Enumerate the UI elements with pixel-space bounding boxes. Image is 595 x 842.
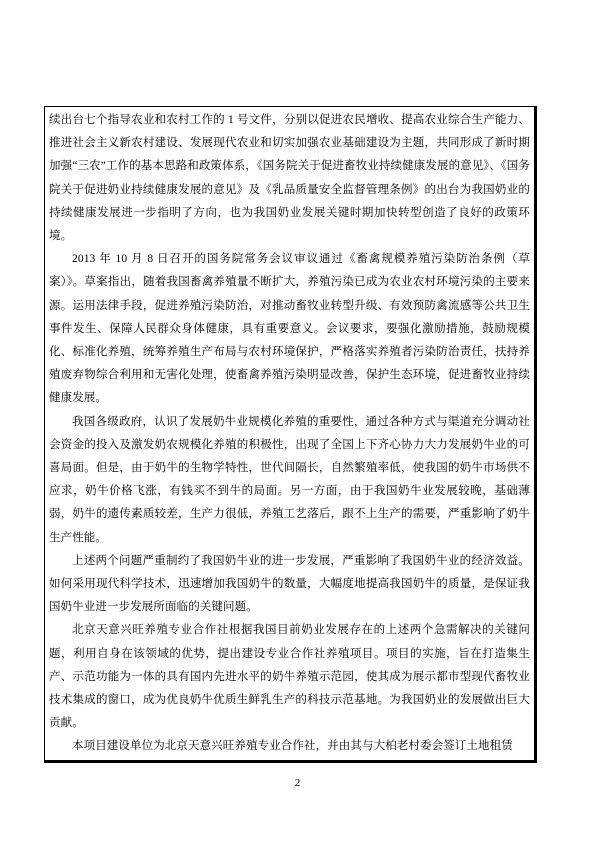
paragraph: 本项目建设单位为北京天意兴旺养殖专业合作社，并由其与大柏老村委会签订土地租赁 [49, 735, 530, 758]
document-page: 续出台七个指导农业和农村工作的 1 号文件，分别以促进农民增收、提高农业综合生产… [0, 0, 595, 842]
page-number-footer: 2 [0, 776, 595, 790]
bordered-text-frame: 续出台七个指导农业和农村工作的 1 号文件，分别以促进农民增收、提高农业综合生产… [44, 106, 537, 763]
paragraph: 北京天意兴旺养殖专业合作社根据我国目前奶业发展存在的上述两个急需解决的关键问题，… [49, 619, 530, 735]
paragraph: 我国各级政府，认识了发展奶牛业规模化养殖的重要性，通过各种方式与渠道充分调动社会… [49, 411, 530, 550]
paragraph: 续出台七个指导农业和农村工作的 1 号文件，分别以促进农民增收、提高农业综合生产… [49, 109, 530, 248]
paragraph: 上述两个问题严重制约了我国奶牛业的进一步发展，严重影响了我国奶牛业的经济效益。如… [49, 550, 530, 620]
paragraph: 2013 年 10 月 8 日召开的国务院常务会议审议通过《畜禽规模养殖污染防治… [49, 248, 530, 410]
